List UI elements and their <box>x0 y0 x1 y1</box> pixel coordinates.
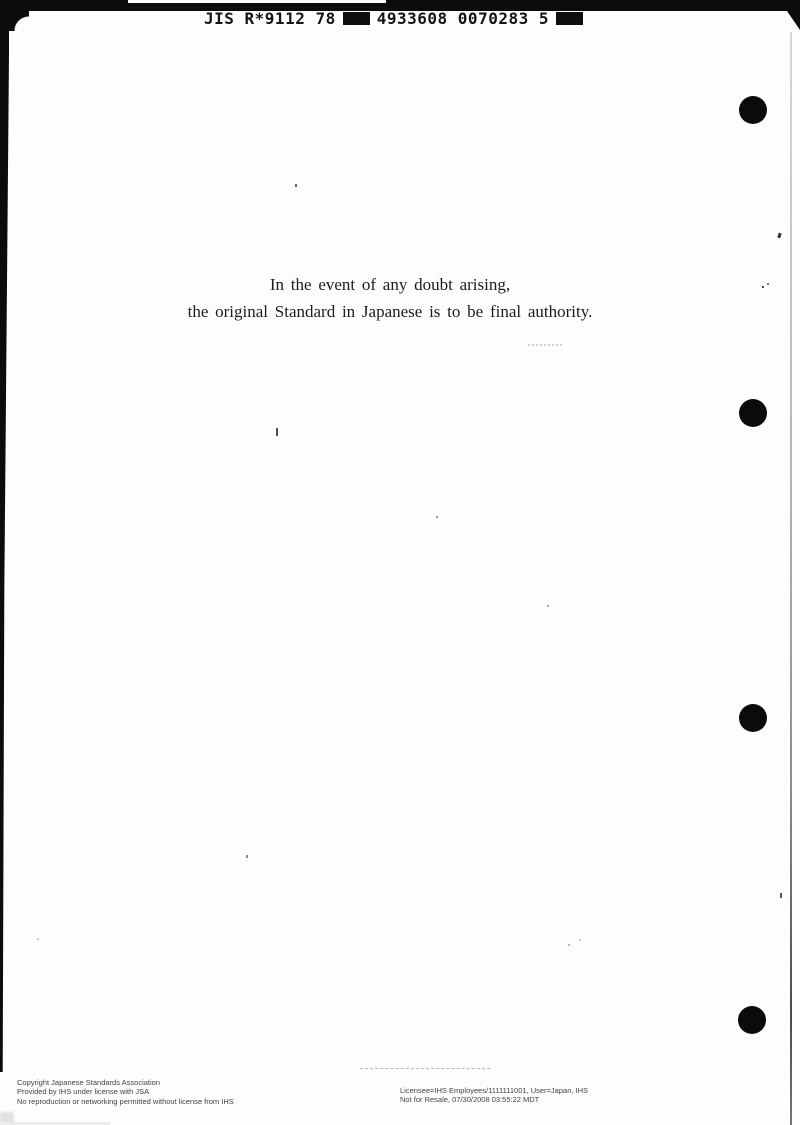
punch-hole <box>739 96 767 124</box>
document-number: 4933608 0070283 5 <box>377 9 549 28</box>
scan-speck <box>762 286 764 288</box>
license-line: Provided by IHS under license with JSA <box>17 1087 234 1096</box>
scan-speck <box>780 893 782 898</box>
scan-corner-top-right <box>787 11 800 30</box>
scan-speck <box>37 938 39 940</box>
copyright-line: Copyright Japanese Standards Association <box>17 1078 234 1087</box>
scan-speck <box>579 939 581 941</box>
notice-line-2: the original Standard in Japanese is to … <box>0 298 790 325</box>
notice-text: In the event of any doubt arising, the o… <box>0 271 790 325</box>
scan-speck <box>767 283 769 285</box>
resale-line: Not for Resale, 07/30/2008 03:55:22 MDT <box>400 1095 588 1104</box>
notice-line-1: In the event of any doubt arising, <box>0 271 790 298</box>
scan-edge-top-gap <box>128 0 386 3</box>
scan-speck <box>547 605 549 607</box>
licensee-line: Licensee=IHS Employees/1111111001, User=… <box>400 1086 588 1095</box>
scan-edge-right-line <box>790 32 792 1125</box>
scanned-document-page: JIS R*9112 78 4933608 0070283 5 In the e… <box>0 0 800 1125</box>
scan-speck <box>295 184 297 187</box>
scan-speck <box>436 516 438 518</box>
filled-block-icon <box>556 12 583 25</box>
scan-speck <box>246 855 248 858</box>
punch-hole <box>739 704 767 732</box>
copyright-footer: Copyright Japanese Standards Association… <box>17 1078 234 1106</box>
punch-hole <box>739 399 767 427</box>
scan-speck <box>276 428 278 436</box>
scan-speck <box>777 233 781 239</box>
document-header: JIS R*9112 78 4933608 0070283 5 <box>204 9 583 28</box>
scan-edge-left <box>0 0 9 1072</box>
faint-scan-dashes <box>360 1068 490 1069</box>
scan-speck <box>568 944 570 946</box>
scan-speck <box>528 344 562 346</box>
punch-hole <box>738 1006 766 1034</box>
standard-code: JIS R*9112 78 <box>204 9 336 28</box>
filled-block-icon <box>343 12 370 25</box>
reproduction-line: No reproduction or networking permitted … <box>17 1097 234 1106</box>
scan-corner-top-left <box>7 9 29 31</box>
licensee-footer: Licensee=IHS Employees/1111111001, User=… <box>400 1086 588 1105</box>
